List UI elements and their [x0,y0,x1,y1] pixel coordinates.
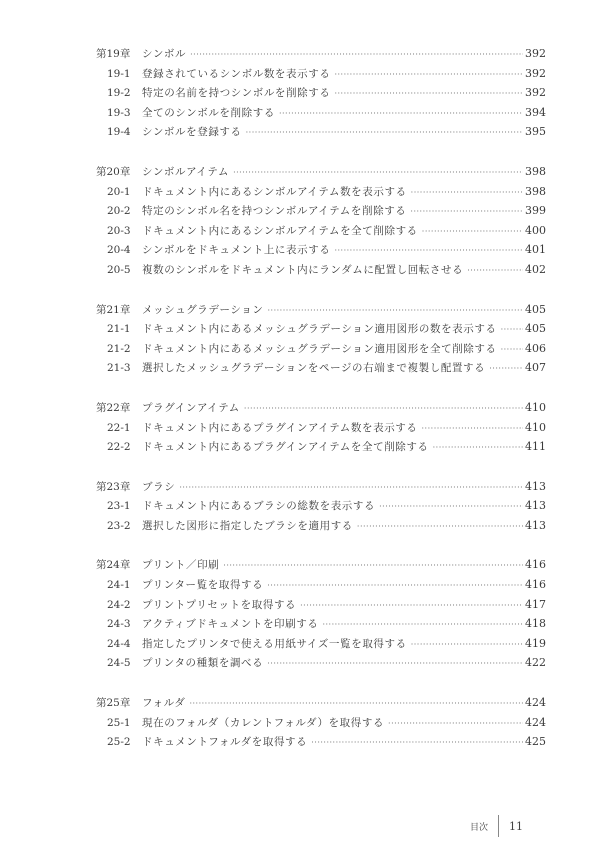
entry-page-number: 418 [525,614,546,634]
entry-page-number: 406 [525,339,546,359]
footer-section-label: 目次 [470,820,488,833]
entry-number: 19-3 [96,104,142,124]
section-entry[interactable]: 22-1ドキュメント内にあるプラグインアイテム数を表示する410 [96,418,546,438]
entry-number: 22-2 [96,438,142,458]
section-entry[interactable]: 20-4シンボルをドキュメント上に表示する401 [96,240,546,260]
leader-dots [279,104,523,124]
entry-page-number: 416 [525,575,546,595]
leader-dots [300,596,523,616]
entry-page-number: 399 [525,201,546,221]
section-entry[interactable]: 22-2ドキュメント内にあるプラグインアイテムを全て削除する411 [96,437,546,457]
chapter-group: 第23章ブラシ41323-1ドキュメント内にあるブラシの総数を表示する41323… [96,477,546,536]
entry-title: ドキュメント内にあるシンボルアイテム数を表示する [142,183,407,203]
entry-title: プリンター覧を取得する [142,576,263,596]
entry-title: シンボルをドキュメント上に表示する [142,241,330,261]
entry-title: 登録されているシンボル数を表示する [142,65,330,85]
entry-number: 21-2 [96,340,142,360]
entry-page-number: 422 [525,653,546,673]
section-entry[interactable]: 19-1登録されているシンボル数を表示する392 [96,64,546,84]
entry-title: 選択したメッシュグラデーションをページの右端まで複製し配置する [142,359,485,379]
leader-dots [334,84,523,104]
entry-title: 指定したプリンタで使える用紙サイズ一覧を取得する [142,635,407,655]
chapter-entry[interactable]: 第23章ブラシ413 [96,477,546,497]
entry-number: 23-2 [96,517,142,537]
leader-dots [411,635,523,655]
entry-page-number: 413 [525,516,546,536]
chapter-group: 第22章プラグインアイテム41022-1ドキュメント内にあるプラグインアイテム数… [96,398,546,457]
entry-title: シンボルを登録する [142,123,242,143]
chapter-group: 第24章プリント／印刷41624-1プリンター覧を取得する41624-2プリント… [96,555,546,673]
entry-title: ブラシ [142,478,175,498]
section-entry[interactable]: 24-5プリンタの種類を調べる422 [96,653,546,673]
entry-title: 全てのシンボルを削除する [142,104,275,124]
entry-number: 24-3 [96,615,142,635]
leader-dots [467,261,523,281]
leader-dots [501,340,523,360]
section-entry[interactable]: 21-3選択したメッシュグラデーションをページの右端まで複製し配置する407 [96,358,546,378]
section-entry[interactable]: 20-1ドキュメント内にあるシンボルアイテム数を表示する398 [96,182,546,202]
section-entry[interactable]: 19-4シンボルを登録する395 [96,122,546,142]
entry-page-number: 424 [525,693,546,713]
entry-page-number: 392 [525,44,546,64]
entry-page-number: 395 [525,122,546,142]
chapter-entry[interactable]: 第24章プリント／印刷416 [96,555,546,575]
section-entry[interactable]: 20-5複数のシンボルをドキュメント内にランダムに配置し回転させる402 [96,260,546,280]
leader-dots [388,714,523,734]
leader-dots [223,556,523,576]
leader-dots [244,399,523,419]
entry-number: 25-2 [96,733,142,753]
entry-page-number: 424 [525,713,546,733]
leader-dots [267,576,523,596]
leader-dots [410,202,523,222]
section-entry[interactable]: 20-3ドキュメント内にあるシンボルアイテムを全て削除する400 [96,221,546,241]
entry-number: 20-4 [96,241,142,261]
leader-dots [433,438,523,458]
chapter-entry[interactable]: 第20章シンボルアイテム398 [96,162,546,182]
entry-number: 21-1 [96,320,142,340]
entry-title: ドキュメント内にあるメッシュグラデーション適用図形の数を表示する [142,320,497,340]
entry-page-number: 392 [525,64,546,84]
entry-number: 24-1 [96,576,142,596]
entry-number: 19-2 [96,84,142,104]
section-entry[interactable]: 19-2特定の名前を持つシンボルを削除する392 [96,83,546,103]
entry-page-number: 410 [525,418,546,438]
leader-dots [322,615,523,635]
entry-title: ドキュメント内にあるプラグインアイテム数を表示する [142,419,418,439]
section-entry[interactable]: 21-2ドキュメント内にあるメッシュグラデーション適用図形を全て削除する406 [96,339,546,359]
footer-page-number: 11 [509,820,523,833]
entry-number: 19-1 [96,65,142,85]
entry-page-number: 401 [525,240,546,260]
section-entry[interactable]: 24-4指定したプリンタで使える用紙サイズ一覧を取得する419 [96,634,546,654]
entry-number: 21-3 [96,359,142,379]
entry-number: 22-1 [96,419,142,439]
entry-title: アクティブドキュメントを印刷する [142,615,318,635]
entry-page-number: 402 [525,260,546,280]
entry-number: 24-4 [96,635,142,655]
entry-title: メッシュグラデーション [142,301,263,321]
leader-dots [411,183,523,203]
entry-number: 24-5 [96,654,142,674]
entry-number: 25-1 [96,714,142,734]
entry-number: 20-2 [96,202,142,222]
entry-number: 20-1 [96,183,142,203]
section-entry[interactable]: 21-1ドキュメント内にあるメッシュグラデーション適用図形の数を表示する405 [96,319,546,339]
leader-dots [357,517,523,537]
entry-number: 第19章 [96,45,142,65]
section-entry[interactable]: 23-2選択した図形に指定したブラシを適用する413 [96,516,546,536]
entry-title: プリントプリセットを取得する [142,596,296,616]
chapter-group: 第19章シンボル39219-1登録されているシンボル数を表示する39219-2特… [96,44,546,142]
entry-page-number: 394 [525,103,546,123]
leader-dots [179,478,523,498]
section-entry[interactable]: 24-1プリンター覧を取得する416 [96,575,546,595]
entry-page-number: 405 [525,319,546,339]
entry-title: プリント／印刷 [142,556,219,576]
entry-title: 複数のシンボルをドキュメント内にランダムに配置し回転させる [142,261,463,281]
chapter-entry[interactable]: 第21章メッシュグラデーション405 [96,300,546,320]
leader-dots [379,497,523,517]
leader-dots [422,419,523,439]
entry-title: プラグインアイテム [142,399,240,419]
footer-divider [498,815,499,837]
entry-title: ドキュメント内にあるプラグインアイテムを全て削除する [142,438,429,458]
entry-number: 第24章 [96,556,142,576]
entry-number: 20-5 [96,261,142,281]
entry-page-number: 413 [525,477,546,497]
entry-page-number: 407 [525,358,546,378]
leader-dots [246,123,523,143]
entry-number: 24-2 [96,596,142,616]
entry-page-number: 416 [525,555,546,575]
leader-dots [334,241,523,261]
entry-title: シンボルアイテム [142,163,229,183]
section-entry[interactable]: 24-2プリントプリセットを取得する417 [96,595,546,615]
chapter-group: 第20章シンボルアイテム39820-1ドキュメント内にあるシンボルアイテム数を表… [96,162,546,280]
entry-page-number: 405 [525,300,546,320]
entry-page-number: 410 [525,398,546,418]
leader-dots [189,694,523,714]
entry-number: 第21章 [96,301,142,321]
leader-dots [422,222,523,242]
entry-page-number: 398 [525,182,546,202]
page-footer: 目次 11 [470,815,523,837]
leader-dots [489,359,523,379]
entry-number: 第22章 [96,399,142,419]
entry-number: 19-4 [96,123,142,143]
leader-dots [233,163,523,183]
leader-dots [267,301,523,321]
chapter-group: 第21章メッシュグラデーション40521-1ドキュメント内にあるメッシュグラデー… [96,300,546,378]
section-entry[interactable]: 19-3全てのシンボルを削除する394 [96,103,546,123]
entry-page-number: 417 [525,595,546,615]
entry-title: シンボル [142,45,186,65]
entry-title: 現在のフォルダ（カレントフォルダ）を取得する [142,714,384,734]
entry-page-number: 398 [525,162,546,182]
table-of-contents: 第19章シンボル39219-1登録されているシンボル数を表示する39219-2特… [96,44,546,772]
entry-number: 20-3 [96,222,142,242]
entry-page-number: 400 [525,221,546,241]
entry-title: 特定のシンボル名を持つシンボルアイテムを削除する [142,202,406,222]
chapter-entry[interactable]: 第22章プラグインアイテム410 [96,398,546,418]
entry-title: 特定の名前を持つシンボルを削除する [142,84,330,104]
entry-title: ドキュメントフォルダを取得する [142,733,307,753]
entry-page-number: 419 [525,634,546,654]
entry-number: 第20章 [96,163,142,183]
chapter-entry[interactable]: 第25章フォルダ424 [96,693,546,713]
entry-title: ドキュメント内にあるブラシの総数を表示する [142,497,375,517]
section-entry[interactable]: 25-1現在のフォルダ（カレントフォルダ）を取得する424 [96,713,546,733]
section-entry[interactable]: 24-3アクティブドキュメントを印刷する418 [96,614,546,634]
entry-title: フォルダ [142,694,185,714]
entry-number: 第23章 [96,478,142,498]
entry-page-number: 411 [525,437,546,457]
chapter-entry[interactable]: 第19章シンボル392 [96,44,546,64]
entry-title: プリンタの種類を調べる [142,654,263,674]
leader-dots [267,654,523,674]
entry-page-number: 425 [525,732,546,752]
entry-title: ドキュメント内にあるシンボルアイテムを全て削除する [142,222,418,242]
leader-dots [190,45,523,65]
leader-dots [334,65,523,85]
section-entry[interactable]: 25-2ドキュメントフォルダを取得する425 [96,732,546,752]
section-entry[interactable]: 20-2特定のシンボル名を持つシンボルアイテムを削除する399 [96,201,546,221]
entry-number: 23-1 [96,497,142,517]
entry-title: 選択した図形に指定したブラシを適用する [142,517,353,537]
leader-dots [311,733,523,753]
leader-dots [501,320,523,340]
entry-number: 第25章 [96,694,142,714]
section-entry[interactable]: 23-1ドキュメント内にあるブラシの総数を表示する413 [96,496,546,516]
entry-page-number: 413 [525,496,546,516]
entry-page-number: 392 [525,83,546,103]
chapter-group: 第25章フォルダ42425-1現在のフォルダ（カレントフォルダ）を取得する424… [96,693,546,752]
entry-title: ドキュメント内にあるメッシュグラデーション適用図形を全て削除する [142,340,497,360]
